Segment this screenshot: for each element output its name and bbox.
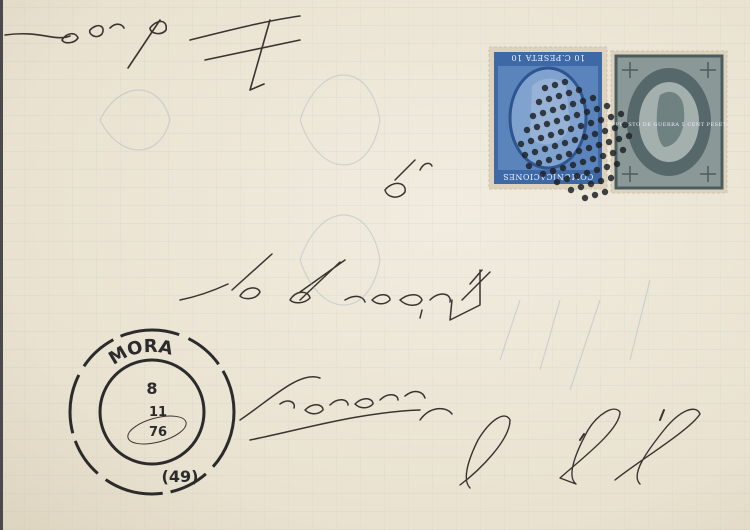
postmark-day: 8 [146,379,157,398]
postmark: MORA 8 11 76 (49) [62,322,242,502]
postmark-province-code: (49) [162,467,199,486]
svg-text:MORA: MORA [105,336,175,370]
postmark-year: 76 [149,425,167,440]
postmark-town: MORA [105,336,175,370]
